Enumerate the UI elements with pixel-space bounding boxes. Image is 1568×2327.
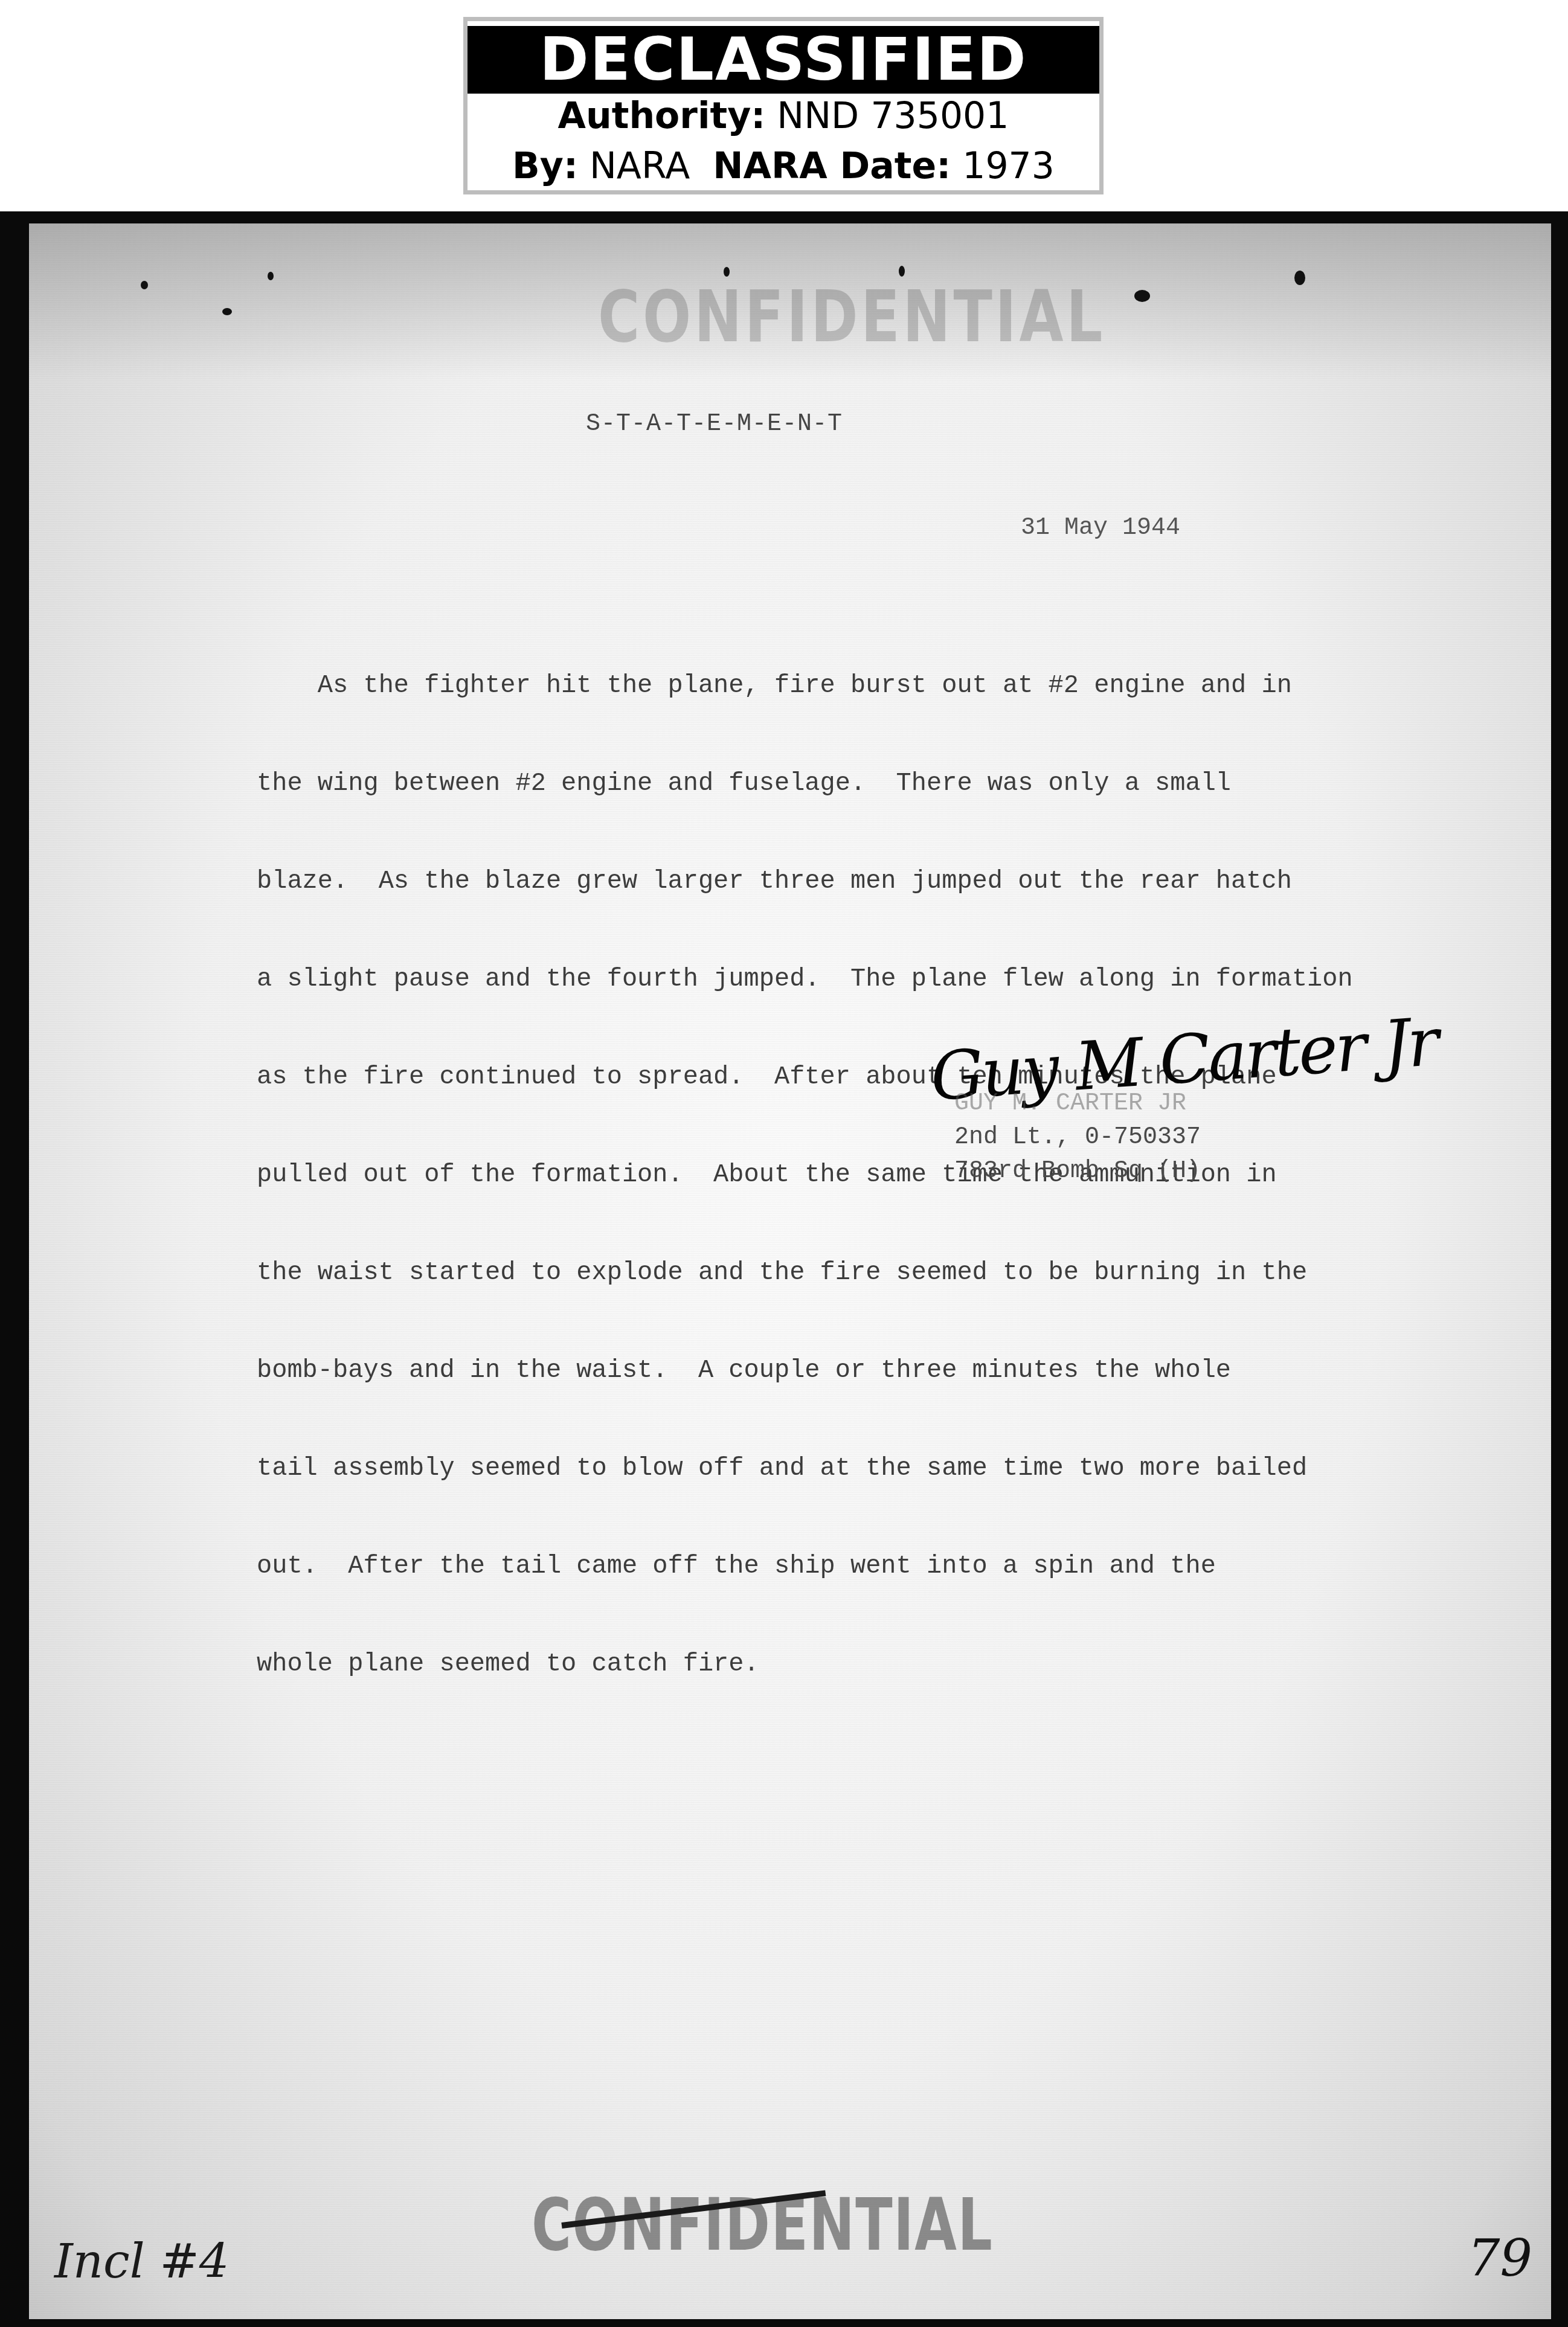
stamp-title: DECLASSIFIED	[468, 26, 1099, 94]
nara-date-value: 1973	[962, 145, 1055, 187]
stamp-by-line: By: NARA NARA Date: 1973	[468, 145, 1099, 187]
signer-typed-name: GUY M. CARTER JR	[954, 1090, 1186, 1117]
document-title: S-T-A-T-E-M-E-N-T	[586, 411, 843, 438]
signer-rank-serial: 2nd Lt., 0-750337	[954, 1124, 1201, 1151]
dust-speck	[222, 308, 232, 315]
body-line: blaze. As the blaze grew larger three me…	[257, 865, 1435, 897]
authority-label: Authority:	[558, 95, 766, 137]
body-line: a slight pause and the fourth jumped. Th…	[257, 963, 1435, 995]
body-line: bomb-bays and in the waist. A couple or …	[257, 1354, 1435, 1387]
stamp-authority-line: Authority: NND 735001	[468, 95, 1099, 137]
dust-speck	[268, 272, 274, 280]
dust-speck	[1134, 290, 1150, 302]
body-line: the wing between #2 engine and fuselage.…	[257, 767, 1435, 800]
declassified-stamp: DECLASSIFIED Authority: NND 735001 By: N…	[463, 17, 1104, 194]
by-label: By:	[512, 145, 578, 187]
body-line: As the fighter hit the plane, fire burst…	[257, 669, 1435, 702]
by-value: NARA	[590, 145, 690, 187]
enclosure-note: Incl #4	[54, 2235, 229, 2289]
body-line: tail assembly seemed to blow off and at …	[257, 1452, 1435, 1484]
document-date: 31 May 1944	[1021, 515, 1180, 542]
header-confidential-stamp: CONFIDENTIAL	[598, 275, 1105, 358]
body-line: whole plane seemed to catch fire.	[257, 1648, 1435, 1680]
dust-speck	[141, 281, 148, 289]
signature-block: GUY M. CARTER JR 2nd Lt., 0-750337 783rd…	[954, 1087, 1201, 1189]
nara-date-label: NARA Date:	[713, 145, 951, 187]
footer-confidential-stamp: CONFIDENTIAL	[532, 2183, 993, 2267]
body-line: out. After the tail came off the ship we…	[257, 1550, 1435, 1582]
signer-unit: 783rd Bomb Sq (H)	[954, 1158, 1201, 1185]
page-number: 79	[1468, 2229, 1532, 2288]
statement-body: As the fighter hit the plane, fire burst…	[257, 604, 1435, 1713]
authority-value: NND 735001	[777, 95, 1009, 137]
body-line: the waist started to explode and the fir…	[257, 1256, 1435, 1289]
body-line: pulled out of the formation. About the s…	[257, 1158, 1435, 1191]
dust-speck	[1294, 271, 1305, 285]
